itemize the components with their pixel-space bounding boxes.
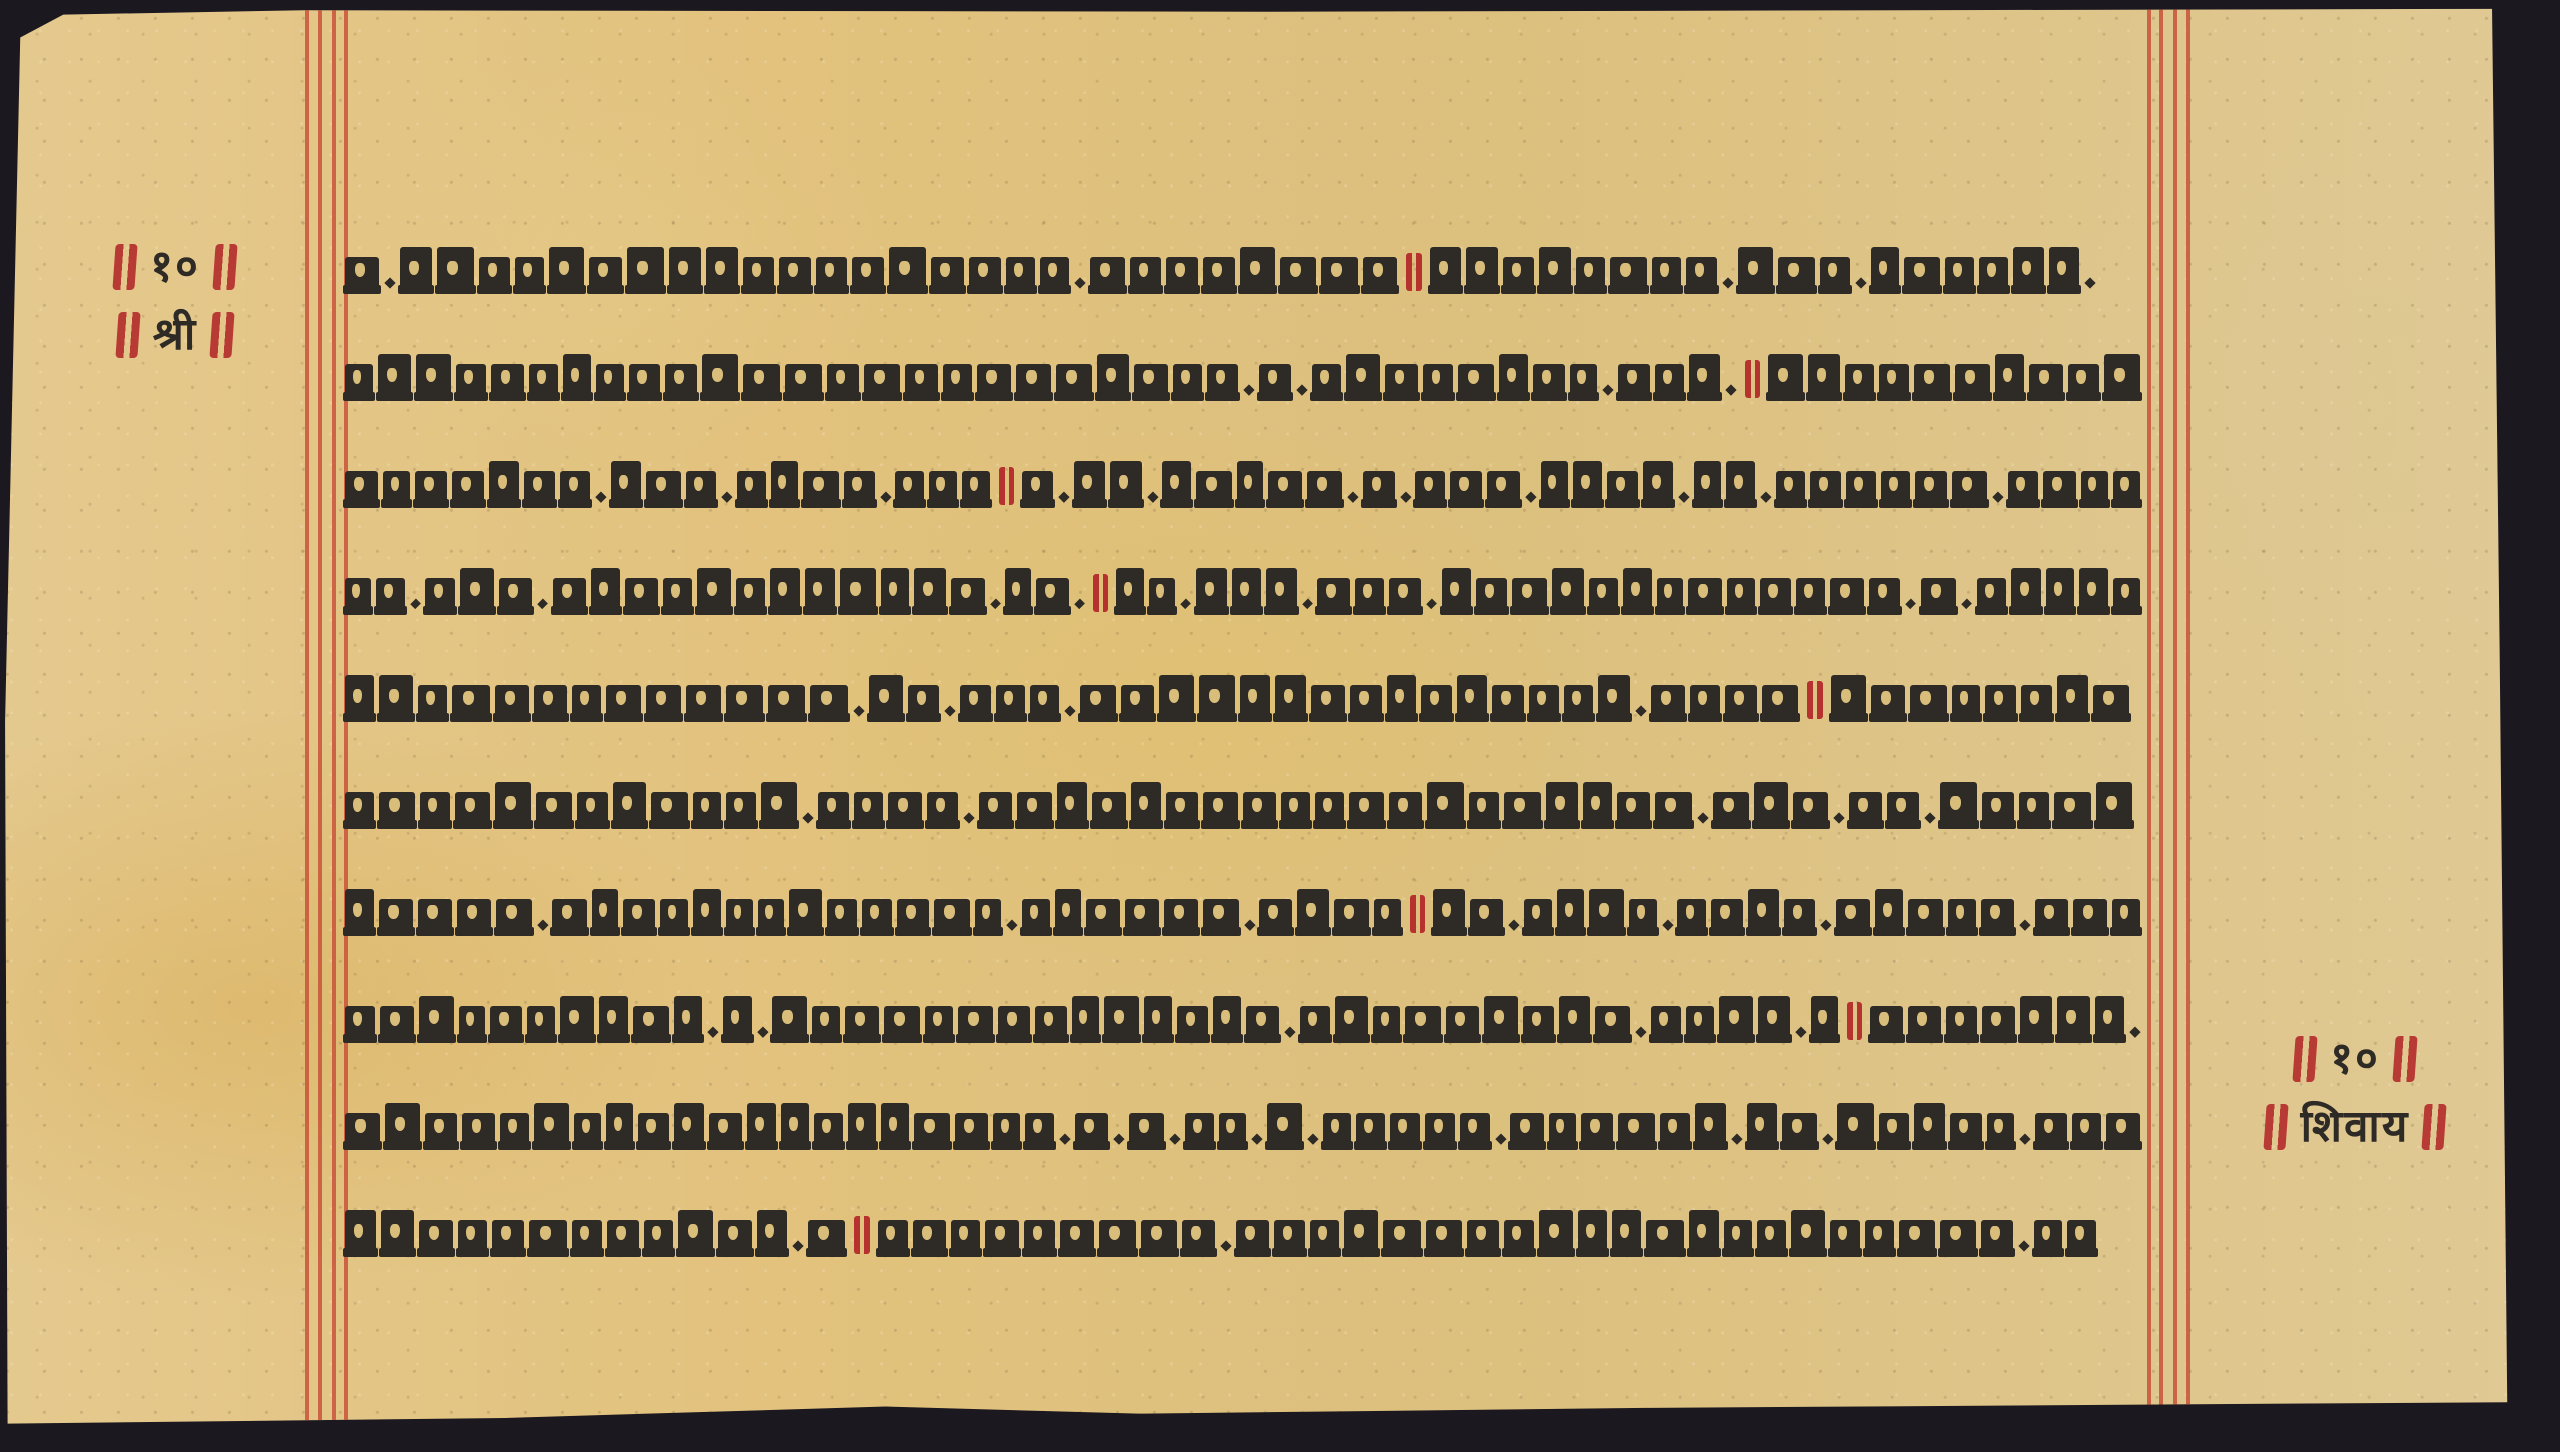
script-glyph (1499, 354, 1528, 398)
manuscript-leaf: १० श्री १० शिवाय (0, 6, 2530, 1438)
script-glyph (499, 578, 533, 612)
separator-dot (1006, 920, 1017, 931)
script-glyph (1651, 1006, 1681, 1040)
script-glyph (1782, 1113, 1816, 1147)
script-glyph (1199, 675, 1235, 719)
script-glyph (527, 1006, 554, 1040)
script-glyph (1652, 257, 1681, 291)
script-glyph (1539, 1210, 1573, 1254)
script-glyph (1836, 899, 1871, 933)
script-glyph (761, 782, 797, 826)
script-glyph (549, 247, 584, 291)
separator-dot (1220, 1240, 1231, 1251)
script-glyph (1727, 578, 1755, 612)
script-glyph (1450, 471, 1482, 505)
script-glyph (772, 996, 807, 1040)
script-glyph (1810, 471, 1841, 505)
script-glyph (768, 685, 805, 719)
script-text-block (345, 244, 2145, 1314)
script-glyph (378, 354, 410, 398)
script-glyph (669, 247, 701, 291)
separator-dot (792, 1240, 803, 1251)
script-glyph (607, 1220, 639, 1254)
separator-dot (2019, 920, 2030, 931)
separator-dot (1833, 812, 1844, 823)
script-glyph (437, 247, 474, 291)
script-glyph (380, 1006, 414, 1040)
script-glyph (534, 1103, 569, 1147)
script-glyph (897, 899, 929, 933)
script-glyph (808, 1220, 845, 1254)
script-glyph (563, 354, 591, 398)
script-glyph (718, 1220, 752, 1254)
script-line (345, 458, 2145, 505)
separator-dot (802, 812, 813, 823)
script-glyph (1125, 899, 1160, 933)
separator-dot (990, 599, 1001, 610)
script-glyph (460, 568, 494, 612)
script-glyph (1390, 1113, 1421, 1147)
right-folio-number: १० शिवाय (2215, 1036, 2495, 1172)
script-glyph (1129, 1113, 1164, 1147)
separator-dot (1302, 599, 1313, 610)
script-glyph (2081, 471, 2108, 505)
script-glyph (1830, 578, 1864, 612)
separator-dot (1697, 812, 1708, 823)
script-glyph (1583, 782, 1612, 826)
separator-dot (1509, 920, 1520, 931)
script-glyph (1057, 782, 1087, 826)
script-glyph (951, 578, 985, 612)
script-glyph (1529, 685, 1559, 719)
script-glyph (1104, 996, 1139, 1040)
script-glyph (1768, 354, 1802, 398)
script-glyph (1307, 471, 1342, 505)
separator-dot (1296, 384, 1307, 395)
script-glyph (1074, 461, 1105, 505)
script-glyph (1219, 1113, 1247, 1147)
script-glyph (686, 685, 721, 719)
left-ruling-line-3 (332, 6, 336, 1438)
script-glyph (693, 889, 721, 933)
script-glyph (1573, 461, 1602, 505)
script-glyph (1643, 461, 1673, 505)
script-glyph (1056, 364, 1092, 398)
script-glyph (1121, 685, 1154, 719)
script-glyph (490, 1006, 522, 1040)
script-glyph (1321, 257, 1358, 291)
script-glyph (459, 1006, 485, 1040)
script-glyph (2106, 1113, 2140, 1147)
script-glyph (702, 354, 738, 398)
script-glyph (1487, 471, 1520, 505)
script-glyph (379, 792, 415, 826)
left-ruling-line-2 (318, 6, 322, 1438)
script-glyph (1711, 899, 1743, 933)
script-glyph (592, 889, 618, 933)
script-glyph (345, 364, 373, 398)
script-glyph (1373, 1006, 1400, 1040)
left-folio-number: १० श्री (80, 244, 270, 380)
script-glyph (1022, 471, 1053, 505)
script-glyph (1724, 1220, 1752, 1254)
script-glyph (2034, 1220, 2062, 1254)
script-glyph (1979, 257, 2008, 291)
script-glyph (589, 257, 622, 291)
script-glyph (1796, 578, 1825, 612)
script-glyph (1552, 568, 1585, 612)
script-line (345, 779, 2145, 826)
script-glyph (779, 257, 811, 291)
script-glyph (1757, 1220, 1786, 1254)
separator-dot (721, 492, 732, 503)
script-glyph (1484, 996, 1518, 1040)
red-double-danda (999, 467, 1014, 505)
separator-dot (1169, 1133, 1180, 1144)
script-glyph (852, 257, 884, 291)
script-glyph (977, 364, 1011, 398)
script-glyph (660, 899, 688, 933)
script-glyph (781, 1103, 809, 1147)
script-glyph (492, 1220, 524, 1254)
script-glyph (462, 1113, 495, 1147)
script-glyph (1524, 899, 1552, 933)
script-glyph (1097, 354, 1128, 398)
script-glyph (1865, 1220, 1894, 1254)
script-glyph (1908, 899, 1943, 933)
script-glyph (345, 578, 371, 612)
script-glyph (1387, 675, 1416, 719)
script-glyph (611, 461, 641, 505)
script-glyph (962, 471, 990, 505)
script-glyph (1240, 675, 1270, 719)
script-glyph (379, 899, 413, 933)
script-glyph (1559, 996, 1590, 1040)
script-glyph (1578, 1210, 1607, 1254)
script-line (345, 672, 2145, 719)
separator-dot (1924, 812, 1935, 823)
script-glyph (743, 364, 779, 398)
separator-dot (1795, 1027, 1806, 1038)
separator-dot (1679, 492, 1690, 503)
separator-dot (1308, 1133, 1319, 1144)
script-glyph (1887, 792, 1919, 826)
script-glyph (1442, 568, 1471, 612)
script-glyph (529, 1220, 567, 1254)
script-glyph (606, 1103, 633, 1147)
script-glyph (1523, 1006, 1554, 1040)
script-glyph (1116, 568, 1144, 612)
separator-dot (2018, 1240, 2029, 1251)
script-glyph (2043, 471, 2076, 505)
script-glyph (1879, 1113, 1910, 1147)
script-glyph (1618, 364, 1650, 398)
script-glyph (1315, 792, 1344, 826)
script-line (345, 886, 2145, 933)
script-glyph (646, 471, 681, 505)
separator-dot (1822, 1133, 1833, 1144)
script-glyph (1035, 1006, 1066, 1040)
script-glyph (1240, 247, 1275, 291)
script-glyph (1349, 792, 1384, 826)
script-glyph (345, 889, 374, 933)
script-glyph (613, 782, 646, 826)
separator-dot (1347, 492, 1358, 503)
script-glyph (1232, 568, 1261, 612)
script-glyph (1311, 685, 1345, 719)
script-glyph (2035, 899, 2069, 933)
script-glyph (345, 1210, 376, 1254)
script-glyph (1713, 792, 1749, 826)
script-glyph (840, 568, 875, 612)
script-glyph (2093, 685, 2129, 719)
script-glyph (1166, 257, 1198, 291)
script-glyph (646, 685, 681, 719)
script-glyph (905, 364, 938, 398)
script-glyph (1025, 1113, 1054, 1147)
script-glyph (1607, 471, 1638, 505)
script-glyph (2095, 996, 2124, 1040)
script-glyph (1914, 364, 1950, 398)
script-glyph (960, 685, 991, 719)
separator-dot (1722, 277, 1733, 288)
script-glyph (536, 792, 572, 826)
separator-dot (1180, 599, 1191, 610)
script-glyph (1297, 889, 1329, 933)
script-glyph (1300, 1006, 1330, 1040)
separator-dot (1244, 920, 1255, 931)
script-glyph (678, 1210, 713, 1254)
script-glyph (927, 792, 958, 826)
script-glyph (400, 247, 432, 291)
double-danda (113, 244, 138, 290)
script-glyph (1385, 364, 1418, 398)
script-glyph (1458, 364, 1494, 398)
separator-dot (880, 492, 891, 503)
script-glyph (2013, 247, 2044, 291)
script-glyph (816, 257, 847, 291)
script-glyph (726, 685, 763, 719)
script-glyph (629, 364, 660, 398)
separator-dot (944, 705, 955, 716)
double-danda (2392, 1036, 2417, 1082)
script-glyph (1267, 1103, 1302, 1147)
script-glyph (1946, 1006, 1977, 1040)
script-glyph (1196, 471, 1232, 505)
script-glyph (572, 685, 601, 719)
red-double-danda (1847, 1002, 1862, 1040)
script-glyph (862, 899, 893, 933)
script-glyph (1778, 257, 1815, 291)
script-glyph (881, 568, 909, 612)
separator-dot (1074, 599, 1085, 610)
script-glyph (1655, 364, 1683, 398)
left-folio-line-2: श्री (80, 312, 270, 358)
script-glyph (2057, 996, 2090, 1040)
script-glyph (1162, 461, 1191, 505)
script-glyph (993, 1113, 1020, 1147)
script-glyph (1549, 1113, 1576, 1147)
script-glyph (889, 247, 926, 291)
script-glyph (845, 1006, 879, 1040)
script-glyph (969, 257, 1001, 291)
script-glyph (383, 471, 410, 505)
script-glyph (534, 685, 567, 719)
script-glyph (747, 1103, 777, 1147)
script-glyph (1982, 792, 2014, 826)
script-glyph (1185, 1113, 1214, 1147)
script-line (345, 351, 2145, 398)
separator-dot (1992, 492, 2003, 503)
script-glyph (1356, 1113, 1385, 1147)
separator-dot (1725, 384, 1736, 395)
script-glyph (1564, 685, 1593, 719)
script-glyph (1651, 685, 1685, 719)
script-glyph (515, 257, 544, 291)
script-glyph (1837, 1103, 1873, 1147)
script-glyph (599, 996, 628, 1040)
script-glyph (1159, 675, 1194, 719)
script-glyph (914, 568, 947, 612)
script-glyph (1040, 257, 1069, 291)
script-glyph (560, 996, 594, 1040)
script-glyph (418, 899, 453, 933)
script-glyph (1383, 1220, 1421, 1254)
right-ruling-line-4 (2186, 6, 2190, 1438)
script-glyph (1470, 899, 1504, 933)
script-glyph (553, 578, 587, 612)
script-glyph (663, 578, 693, 612)
script-glyph (1725, 685, 1757, 719)
script-glyph (1503, 257, 1534, 291)
double-danda (2293, 1036, 2318, 1082)
script-glyph (1405, 1006, 1441, 1040)
script-glyph (1820, 257, 1850, 291)
script-glyph (958, 1006, 993, 1040)
script-glyph (577, 792, 608, 826)
script-glyph (1344, 1210, 1378, 1254)
script-glyph (2054, 792, 2091, 826)
script-glyph (1557, 889, 1584, 933)
script-glyph (452, 685, 490, 719)
script-glyph (1177, 1006, 1208, 1040)
red-double-danda (1745, 360, 1761, 398)
script-line (345, 565, 2145, 612)
right-ruling-line-1 (2147, 6, 2151, 1438)
script-glyph (812, 1006, 840, 1040)
script-glyph (1374, 899, 1401, 933)
script-glyph (1421, 685, 1452, 719)
script-glyph (1981, 1220, 2013, 1254)
separator-dot (1252, 1133, 1263, 1144)
separator-dot (410, 599, 421, 610)
script-glyph (1533, 364, 1564, 398)
script-glyph (908, 685, 939, 719)
separator-dot (1113, 1133, 1124, 1144)
script-glyph (1875, 889, 1903, 933)
separator-dot (1525, 492, 1536, 503)
script-glyph (1987, 1113, 2015, 1147)
script-glyph (1323, 1113, 1351, 1147)
script-glyph (1879, 364, 1908, 398)
script-glyph (452, 471, 484, 505)
script-glyph (785, 364, 822, 398)
script-glyph (529, 364, 557, 398)
script-glyph (1940, 782, 1977, 826)
script-glyph (1166, 792, 1198, 826)
script-glyph (1467, 1220, 1499, 1254)
script-glyph (574, 1113, 601, 1147)
script-glyph (1334, 899, 1369, 933)
double-danda (2422, 1104, 2447, 1150)
script-glyph (1389, 578, 1422, 612)
script-glyph (2104, 354, 2140, 398)
folio-mark: १० (150, 244, 200, 290)
script-glyph (975, 899, 1001, 933)
script-glyph (1940, 1220, 1976, 1254)
script-glyph (1589, 889, 1624, 933)
script-glyph (1760, 578, 1792, 612)
script-glyph (1389, 792, 1422, 826)
separator-dot (707, 1027, 718, 1038)
script-glyph (1589, 578, 1618, 612)
script-glyph (1950, 1113, 1982, 1147)
separator-dot (1243, 384, 1254, 395)
script-glyph (633, 1006, 669, 1040)
script-glyph (1899, 1220, 1935, 1254)
script-glyph (2019, 792, 2049, 826)
script-glyph (458, 1220, 487, 1254)
script-glyph (1203, 792, 1238, 826)
folio-mark: १० (2330, 1036, 2380, 1082)
script-glyph (1350, 685, 1382, 719)
script-glyph (596, 364, 623, 398)
script-glyph (1259, 899, 1292, 933)
separator-dot (1427, 599, 1438, 610)
left-ruling-line-1 (305, 6, 309, 1438)
separator-dot (2020, 1133, 2031, 1144)
script-glyph (1612, 1210, 1641, 1254)
script-glyph (379, 675, 413, 719)
script-glyph (955, 1113, 989, 1147)
folio-mark: श्री (153, 312, 198, 358)
script-glyph (1915, 471, 1947, 505)
script-glyph (1754, 782, 1788, 826)
script-glyph (895, 471, 923, 505)
left-folio-line-1: १० (80, 244, 270, 290)
script-glyph (1689, 354, 1720, 398)
script-glyph (1686, 257, 1717, 291)
script-glyph (1022, 899, 1050, 933)
script-glyph (1030, 685, 1059, 719)
script-glyph (1570, 364, 1597, 398)
script-glyph (479, 257, 510, 291)
script-glyph (1726, 461, 1755, 505)
script-line (345, 993, 2145, 1040)
double-danda (115, 312, 140, 358)
separator-dot (1059, 1133, 1070, 1144)
script-glyph (737, 471, 766, 505)
script-glyph (827, 899, 857, 933)
script-glyph (606, 685, 641, 719)
script-glyph (425, 578, 455, 612)
script-glyph (1017, 792, 1052, 826)
script-glyph (914, 1113, 949, 1147)
script-glyph (1871, 247, 1899, 291)
script-glyph (1492, 685, 1524, 719)
script-glyph (496, 899, 532, 933)
separator-dot (1635, 705, 1646, 716)
